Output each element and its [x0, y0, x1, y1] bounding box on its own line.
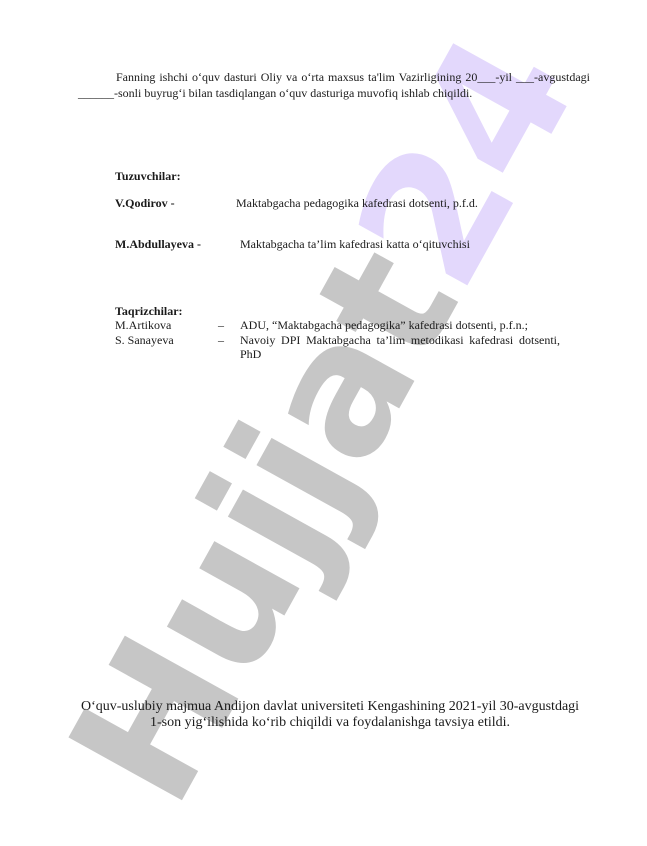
reviewer-role-1: ADU, “Maktabgacha pedagogika” kafedrasi …: [240, 318, 560, 332]
approval-note-line-1: O‘quv-uslubiy majmua Andijon davlat univ…: [70, 699, 590, 715]
reviewer-dash-2: –: [218, 333, 224, 347]
author-name-1: V.Qodirov -: [115, 196, 175, 210]
author-role-1: Maktabgacha pedagogika kafedrasi dotsent…: [236, 196, 478, 210]
reviewers-heading: Taqrizchilar:: [115, 304, 183, 318]
reviewer-name-2: S. Sanayeva: [115, 333, 174, 347]
reviewer-dash-1: –: [218, 318, 224, 332]
document-page: Hujjat24 Fanning ishchi o‘quv dasturi Ol…: [0, 0, 647, 846]
reviewer-name-1: M.Artikova: [115, 318, 171, 332]
approval-note-line-2: 1-son yig‘ilishida ko‘rib chiqildi va fo…: [70, 715, 590, 731]
approval-note: O‘quv-uslubiy majmua Andijon davlat univ…: [70, 699, 590, 731]
authors-heading: Tuzuvchilar:: [115, 169, 181, 183]
document-content: Fanning ishchi o‘quv dasturi Oliy va o‘r…: [0, 0, 647, 846]
author-role-2: Maktabgacha ta’lim kafedrasi katta o‘qit…: [240, 237, 470, 251]
author-name-2: M.Abdullayeva -: [115, 237, 201, 251]
reviewer-role-2: Navoiy DPI Maktabgacha ta’lim metodikasi…: [240, 333, 560, 361]
intro-paragraph: Fanning ishchi o‘quv dasturi Oliy va o‘r…: [78, 70, 590, 101]
